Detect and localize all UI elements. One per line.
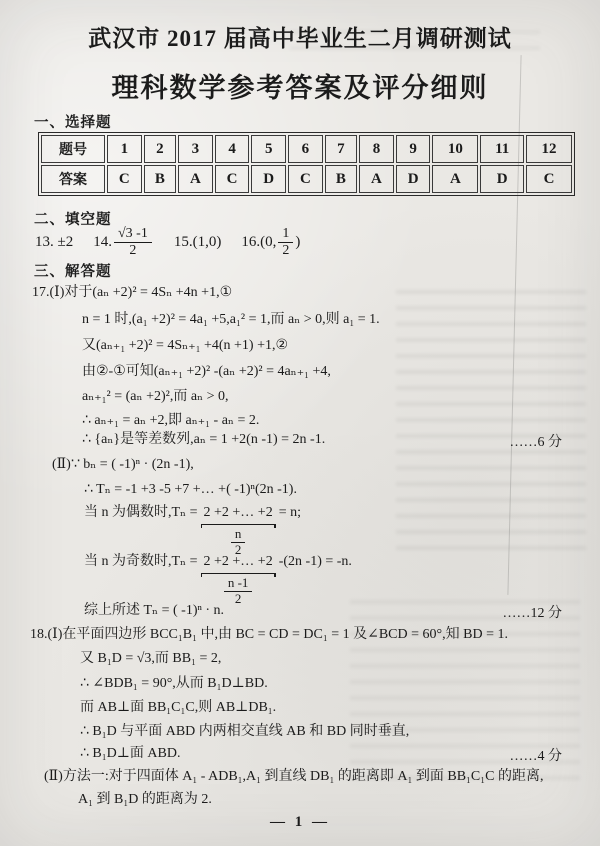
question-number-cell: 12 xyxy=(526,135,572,163)
question-number-cell: 6 xyxy=(288,135,323,163)
question-number-cell: 2 xyxy=(144,135,176,163)
question-number-cell: 10 xyxy=(432,135,478,163)
row-label: 答案 xyxy=(41,165,105,193)
blank-answer-13: 13. ±2 xyxy=(35,234,73,251)
solution-line: ∴ Tₙ = -1 +3 -5 +7 +… +( -1)ⁿ(2n -1). xyxy=(84,481,297,500)
question-number-cell: 9 xyxy=(396,135,431,163)
score-mark-6: ……6 分 xyxy=(510,431,563,451)
answer-cell: B xyxy=(144,165,176,193)
fraction: √3 -1 2 xyxy=(114,226,152,259)
underbrace-sum: 2 +2 +… +2 n -1 2 xyxy=(201,553,276,607)
answer-cell: D xyxy=(396,165,431,193)
solution-line-even-case: 当 n 为偶数时,Tₙ = 2 +2 +… +2 n 2 = n; xyxy=(84,504,301,558)
solution-line: n = 1 时,(a₁ +2)² = 4a₁ +5,a₁² = 1,而 aₙ >… xyxy=(82,311,380,330)
blank-answer-16: 16.(0, 1 2 ) xyxy=(241,226,300,259)
solution-line: 由②-①可知(aₙ₊₁ +2)² -(aₙ +2)² = 4aₙ₊₁ +4, xyxy=(82,363,331,382)
answer-key-table: 题号 1 2 3 4 5 6 7 8 9 10 11 12 答案 C B A C… xyxy=(38,132,575,196)
answer-cell: C xyxy=(526,165,572,193)
question-number-cell: 8 xyxy=(359,135,394,163)
table-row-answers: 答案 C B A C D C B A D A D C xyxy=(41,165,572,193)
fraction: 1 2 xyxy=(278,226,293,259)
answer-cell: B xyxy=(325,165,357,193)
answer-cell: D xyxy=(251,165,286,193)
solution-line: (Ⅱ)∵ bₙ = ( -1)ⁿ · (2n -1), xyxy=(52,456,194,475)
question-number-cell: 7 xyxy=(325,135,357,163)
answer-cell: A xyxy=(178,165,213,193)
section-heading-choice: 一、选择题 xyxy=(34,111,112,132)
answer-cell: D xyxy=(480,165,524,193)
fraction: n -1 2 xyxy=(224,576,253,607)
solution-line: ∴ ∠BDB₁ = 90°,从而 B₁D⊥BD. xyxy=(80,675,268,694)
answer-cell: A xyxy=(432,165,478,193)
solution-line: 又 B₁D = √3,而 BB₁ = 2, xyxy=(80,650,221,669)
solution-line: A₁ 到 B₁D 的距离为 2. xyxy=(78,791,212,810)
answer-cell: C xyxy=(215,165,250,193)
solution-line-odd-case: 当 n 为奇数时,Tₙ = 2 +2 +… +2 n -1 2 -(2n -1)… xyxy=(84,553,352,607)
underbrace-sum: 2 +2 +… +2 n 2 xyxy=(201,504,276,558)
solution-line: (Ⅱ)方法一:对于四面体 A₁ - ADB₁,A₁ 到直线 DB₁ 的距离即 A… xyxy=(44,768,543,787)
solution-line: 综上所述 Tₙ = ( -1)ⁿ · n. xyxy=(84,602,224,621)
table-row-question-numbers: 题号 1 2 3 4 5 6 7 8 9 10 11 12 xyxy=(41,135,572,163)
row-label: 题号 xyxy=(41,135,105,163)
solution-line: 18.(Ⅰ)在平面四边形 BCC₁B₁ 中,由 BC = CD = DC₁ = … xyxy=(30,626,508,645)
solution-line: ∴ aₙ₊₁ = aₙ +2,即 aₙ₊₁ - aₙ = 2. xyxy=(82,412,259,431)
blanks-answers-line: 13. ±2 14. √3 -1 2 15.(1,0) 16.(0, 1 2 ) xyxy=(35,226,300,259)
answer-cell: A xyxy=(359,165,394,193)
solution-line: 又(aₙ₊₁ +2)² = 4Sₙ₊₁ +4(n +1) +1,② xyxy=(82,337,288,356)
question-number-cell: 5 xyxy=(251,135,286,163)
page-number: — 1 — xyxy=(0,814,600,831)
question-number-cell: 4 xyxy=(215,135,250,163)
solution-line: 而 AB⊥面 BB₁C₁C,则 AB⊥DB₁. xyxy=(80,699,276,718)
section-heading-solutions: 三、解答题 xyxy=(34,260,112,281)
blank-answer-15: 15.(1,0) xyxy=(174,234,222,251)
answer-cell: C xyxy=(288,165,323,193)
page-title: 武汉市 2017 届高中毕业生二月调研测试 xyxy=(0,20,600,53)
page-subtitle: 理科数学参考答案及评分细则 xyxy=(0,66,600,105)
solution-line: aₙ₊₁² = (aₙ +2)²,而 aₙ > 0, xyxy=(82,388,229,407)
solution-line: ∴ B₁D⊥面 ABD. xyxy=(80,745,180,764)
scan-artifact xyxy=(396,290,586,550)
blank-answer-14: 14. √3 -1 2 xyxy=(93,226,154,259)
solution-line: ∴ B₁D 与平面 ABD 内两相交直线 AB 和 BD 同时垂直, xyxy=(80,723,409,742)
score-mark-12: ……12 分 xyxy=(503,602,563,622)
question-number-cell: 3 xyxy=(178,135,213,163)
score-mark-4: ……4 分 xyxy=(510,745,563,765)
solution-line: 17.(Ⅰ)对于(aₙ +2)² = 4Sₙ +4n +1,① xyxy=(32,284,232,303)
question-number-cell: 11 xyxy=(480,135,524,163)
scanned-exam-page: 武汉市 2017 届高中毕业生二月调研测试 理科数学参考答案及评分细则 一、选择… xyxy=(0,0,600,846)
solution-line: ∴ {aₙ}是等差数列,aₙ = 1 +2(n -1) = 2n -1. xyxy=(82,431,325,450)
question-number-cell: 1 xyxy=(107,135,142,163)
answer-cell: C xyxy=(107,165,142,193)
